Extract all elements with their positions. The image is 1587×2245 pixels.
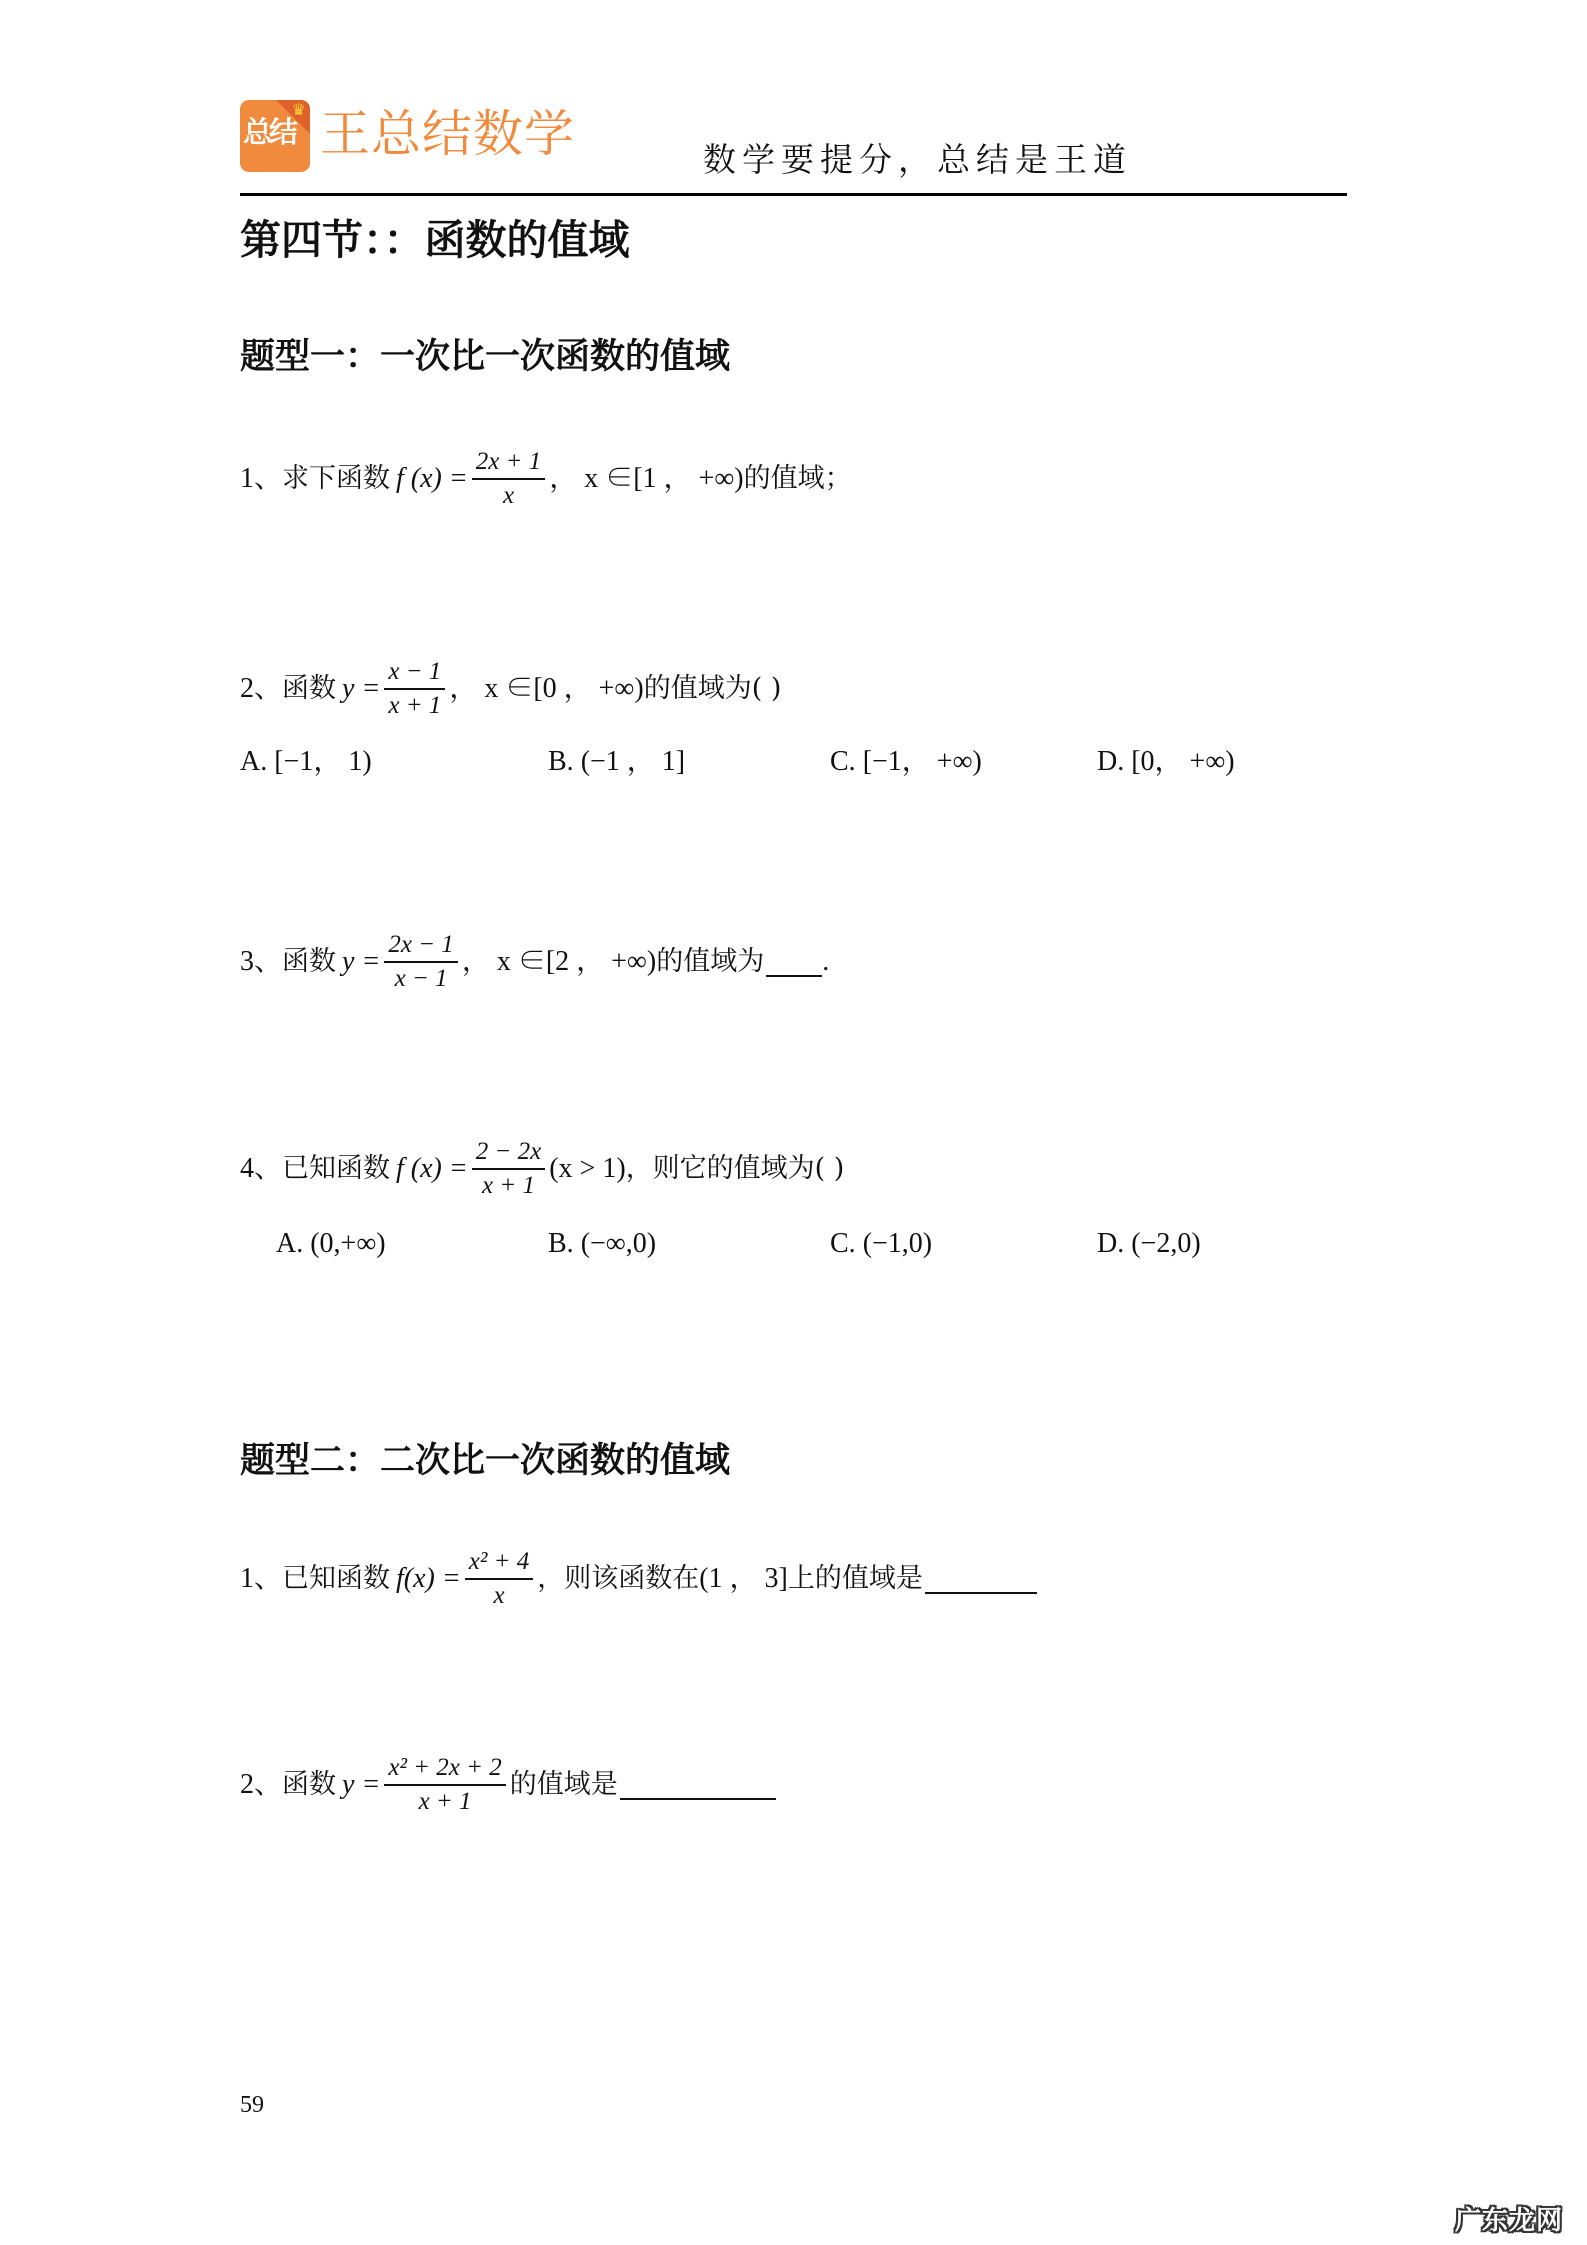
question-number: 2、 — [240, 669, 282, 709]
fraction: x² + 4 x — [465, 1546, 533, 1612]
question-suffix-2: 上的值域是 — [788, 1559, 923, 1599]
interval-expression: (1 ， 3] — [699, 1559, 788, 1599]
option-d[interactable]: D. (−2,0) — [1097, 1224, 1201, 1264]
question-prefix: 函数 — [282, 1765, 336, 1805]
question-number: 4、 — [240, 1149, 282, 1189]
option-value: (0,+∞) — [310, 1228, 385, 1259]
denominator: x + 1 — [478, 1170, 539, 1202]
domain-expression: ， x ∈[0 ， +∞) — [449, 669, 643, 709]
fraction: x² + 2x + 2 x + 1 — [384, 1752, 505, 1818]
watermark: 广东龙网 — [1455, 2200, 1563, 2237]
brand-logo: ♛ 总结 — [240, 100, 310, 172]
question-suffix: ，则该函数在 — [537, 1559, 699, 1599]
answer-blank[interactable] — [620, 1770, 776, 1800]
numerator: 2 − 2x — [472, 1136, 545, 1168]
function-label: y = — [342, 1765, 380, 1805]
numerator: 2x − 1 — [384, 929, 457, 961]
denominator: x — [499, 480, 518, 512]
numerator: 2x + 1 — [472, 446, 545, 478]
section-title: 第四节：：函数的值域 — [240, 212, 630, 268]
question-suffix: 的值域； — [744, 459, 852, 499]
domain-expression: ， x ∈[1 ， +∞) — [549, 459, 743, 499]
question-suffix: 的值域是 — [510, 1765, 618, 1805]
brand-name: 王总结数学 — [320, 104, 575, 164]
period: . — [822, 942, 829, 982]
type-heading-2: 题型二：二次比一次函数的值域 — [240, 1436, 730, 1486]
option-value: [−1， +∞) — [863, 746, 982, 777]
question-number: 1、 — [240, 1559, 282, 1599]
question-number: 1、 — [240, 459, 282, 499]
slogan: 数学要提分，总结是王道 — [703, 137, 1132, 183]
option-d[interactable]: D. [0， +∞) — [1097, 742, 1235, 782]
option-value: [0， +∞) — [1131, 746, 1234, 777]
question-suffix: 的值域为 — [656, 942, 764, 982]
question-2-2: 2、 函数 y = x² + 2x + 2 x + 1 的值域是 — [240, 1752, 776, 1818]
denominator: x + 1 — [415, 1786, 476, 1818]
function-label: y = — [342, 942, 380, 982]
domain-expression: (x > 1) — [549, 1149, 625, 1189]
function-label: f(x) = — [396, 1559, 461, 1599]
question-1-3: 3、 函数 y = 2x − 1 x − 1 ， x ∈[2 ， +∞) 的值域… — [240, 929, 829, 995]
domain-expression: ， x ∈[2 ， +∞) — [462, 942, 656, 982]
question-prefix: 已知函数 — [282, 1559, 390, 1599]
question-2-1: 1、 已知函数 f(x) = x² + 4 x ，则该函数在 (1 ， 3] 上… — [240, 1546, 1037, 1612]
option-value: (−2,0) — [1131, 1228, 1200, 1259]
question-prefix: 函数 — [282, 669, 336, 709]
fraction: 2 − 2x x + 1 — [472, 1136, 545, 1202]
option-a[interactable]: A. (0,+∞) — [276, 1224, 386, 1264]
header-divider — [240, 193, 1347, 196]
logo-text: 总结 — [243, 118, 295, 147]
option-value: (−1,0) — [863, 1228, 932, 1259]
fraction: x − 1 x + 1 — [384, 656, 445, 722]
option-b[interactable]: B. (−∞,0) — [548, 1224, 656, 1264]
numerator: x² + 2x + 2 — [384, 1752, 505, 1784]
question-suffix: ，则它的值域为( ) — [626, 1149, 845, 1189]
denominator: x − 1 — [391, 963, 452, 995]
denominator: x — [489, 1580, 508, 1612]
question-prefix: 求下函数 — [282, 459, 390, 499]
function-label: f (x) = — [396, 1149, 468, 1189]
option-value: [−1， 1) — [274, 746, 371, 777]
question-1-2: 2、 函数 y = x − 1 x + 1 ， x ∈[0 ， +∞) 的值域为… — [240, 656, 781, 722]
option-c[interactable]: C. [−1， +∞) — [830, 742, 982, 782]
question-prefix: 已知函数 — [282, 1149, 390, 1189]
answer-blank[interactable] — [925, 1564, 1037, 1594]
fraction: 2x + 1 x — [472, 446, 545, 512]
question-number: 2、 — [240, 1765, 282, 1805]
type-heading-1: 题型一：一次比一次函数的值域 — [240, 332, 730, 382]
option-value: (−∞,0) — [581, 1228, 656, 1259]
question-number: 3、 — [240, 942, 282, 982]
question-1-4: 4、 已知函数 f (x) = 2 − 2x x + 1 (x > 1) ，则它… — [240, 1136, 844, 1202]
numerator: x² + 4 — [465, 1546, 533, 1578]
fraction: 2x − 1 x − 1 — [384, 929, 457, 995]
question-prefix: 函数 — [282, 942, 336, 982]
question-suffix: 的值域为( ) — [644, 669, 782, 709]
question-1-1: 1、 求下函数 f (x) = 2x + 1 x ， x ∈[1 ， +∞) 的… — [240, 446, 852, 512]
option-c[interactable]: C. (−1,0) — [830, 1224, 932, 1264]
function-label: f (x) = — [396, 459, 468, 499]
function-label: y = — [342, 669, 380, 709]
option-a[interactable]: A. [−1， 1) — [240, 742, 372, 782]
answer-blank[interactable] — [766, 947, 822, 977]
numerator: x − 1 — [384, 656, 445, 688]
denominator: x + 1 — [384, 690, 445, 722]
option-b[interactable]: B. (−1 ， 1] — [548, 742, 685, 782]
page-number: 59 — [240, 2092, 264, 2119]
option-value: (−1 ， 1] — [581, 746, 685, 777]
